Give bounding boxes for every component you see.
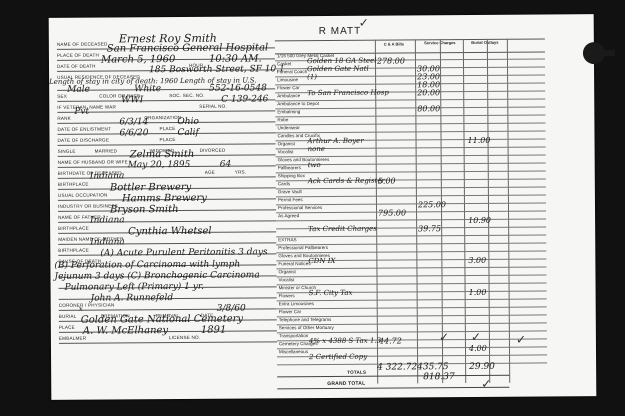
- header-name: R MATT: [319, 26, 362, 37]
- row-label: Flowers: [279, 293, 295, 298]
- value-usual-residence: 185 Bosworth Street, SF 10.1: [149, 64, 285, 75]
- label-date-of-death: Date of Death: [57, 64, 96, 69]
- value-hour: 10:30 AM.: [209, 53, 262, 64]
- label-license-no: License No.: [169, 335, 200, 340]
- row-label: Flower Car: [277, 85, 300, 90]
- label-yrs: Yrs.: [235, 170, 247, 175]
- label-rank: Rank: [57, 116, 71, 121]
- value-date-of-death: March 5, 1960: [101, 54, 175, 66]
- label-discharge-place: Place: [160, 137, 176, 142]
- column-header-ca-bills: C & A Bills: [379, 41, 409, 46]
- row-label: Pallbearers: [278, 165, 301, 170]
- amount-c-a: 795.00: [378, 208, 406, 217]
- value-mother-birthplace: Indiana: [90, 237, 125, 247]
- amount-service: 80.00: [417, 104, 440, 113]
- label-father-birthplace: Birthplace: [58, 226, 89, 231]
- label-totals: TOTALS: [347, 370, 366, 375]
- label-date-of-discharge: Date of Discharge: [58, 137, 110, 142]
- label-burial: Burial: [59, 314, 77, 319]
- label-spouse: Name of Husband or Wife: [58, 159, 128, 164]
- charges-table: C & A Bills Service Charges Burial Outla…: [275, 38, 545, 40]
- row-label: Professional Pallbearers: [278, 245, 328, 250]
- checkmark-icon: ✓: [439, 330, 449, 344]
- value-burial: x: [79, 305, 83, 313]
- row-label: Shipping Box: [278, 173, 305, 178]
- row-label: Transportation: [279, 333, 308, 338]
- label-place: Place: [59, 325, 75, 330]
- row-label: Robe: [277, 117, 288, 122]
- row-label: EXTRAS: [278, 237, 296, 242]
- row-label: Ambulance: [277, 93, 300, 98]
- row-label: Organist: [278, 141, 295, 146]
- row-label: Embalming: [277, 109, 300, 114]
- label-name-of-deceased: Name of Deceased: [57, 41, 108, 46]
- row-label: Vocalist: [278, 149, 294, 154]
- label-age: Age: [205, 170, 215, 175]
- row-label: As Agreed: [278, 213, 299, 218]
- value-cause-of-death-b: (B) Perforation of Carcinoma with lymph: [54, 260, 240, 271]
- total-ca-bills: 4 322.72: [377, 362, 417, 372]
- row-note: two: [308, 161, 321, 169]
- divider: [277, 387, 509, 390]
- divider: [59, 341, 277, 344]
- value-embalmer: A. W. McElhaney: [83, 325, 168, 337]
- index-tab: [583, 42, 605, 64]
- row-label: Services of Other Mortuary: [279, 325, 334, 330]
- amount-outlay: 3.00: [468, 256, 486, 265]
- row-label: Miscellaneous: [279, 349, 308, 354]
- value-sex: Male: [67, 85, 90, 95]
- grand-total-value: 818.37: [423, 372, 455, 382]
- value-soc-sec-no: 552-16-0548: [209, 83, 267, 93]
- value-physician: John A. Runnefeld: [91, 293, 174, 304]
- row-label: Extra Limousines: [279, 301, 314, 306]
- value-rank: Pvt: [74, 107, 89, 117]
- row-note: S.F. City Tax: [309, 289, 353, 297]
- value-date: 3/8/60: [217, 304, 246, 314]
- label-divorced: Divorced: [200, 148, 226, 153]
- value-usual-occupation: Bottler Brewery: [110, 182, 192, 194]
- row-label: Gloves and Boutonnieres: [278, 157, 330, 162]
- label-place-of-death: Place of Death: [57, 53, 99, 58]
- label-soc-sec-no: Soc. Sec. No.: [169, 93, 204, 98]
- row-label: Underwear: [277, 125, 300, 130]
- amount-outlay: 4.00: [469, 344, 487, 353]
- label-grand-total: GRAND TOTAL: [327, 381, 365, 387]
- amount-outlay: 11.00: [468, 136, 491, 145]
- value-cause-of-death-a: (A) Acute Purulent Peritonitis 3 days: [100, 247, 267, 258]
- checkmark-icon: ✓: [359, 16, 369, 30]
- value-date-of-discharge: 6/6/20: [119, 128, 148, 138]
- divider: [57, 132, 275, 135]
- label-date-of-enlistment: Date of Enlistment: [57, 126, 111, 131]
- row-note: (1): [307, 73, 317, 81]
- value-maiden-name-of-mother: Cynthia Whetsel: [128, 226, 212, 238]
- amount-service: 225.00: [418, 200, 446, 209]
- divider: [57, 121, 275, 124]
- label-sex: Sex: [57, 94, 67, 99]
- amount-c-a: 5.00: [378, 176, 396, 185]
- label-single: Single: [58, 149, 76, 154]
- row-label: Ambulance to Depot: [277, 101, 319, 106]
- left-form: Name of Deceased Ernest Roy Smith Place …: [49, 14, 594, 18]
- row-note: Golden Gate Natl: [307, 65, 369, 73]
- checkmark-icon: ✓: [471, 330, 481, 344]
- value-license-no: 1891: [201, 325, 227, 336]
- value-age: 64: [220, 160, 232, 170]
- value-birthplace: Indiana: [90, 171, 125, 181]
- row-note: Tax Credit Charges: [308, 225, 377, 233]
- amount-service: 20.00: [417, 88, 440, 97]
- row-label: Grave Vault: [278, 189, 302, 194]
- row-label: Professional Services: [278, 205, 322, 210]
- checkmark-icon: ✓: [481, 377, 491, 391]
- row-note: Arthur A. Boyer: [308, 137, 364, 145]
- value-birthdate: May 20, 1895: [128, 160, 191, 170]
- amount-c-a: 278.00: [377, 56, 405, 65]
- value-color-or-race: White: [134, 84, 161, 94]
- amount-service: 39.75: [418, 224, 441, 233]
- total-burial-outlays: 29.90: [469, 362, 495, 372]
- row-label: Funeral Coach: [277, 69, 307, 74]
- mortuary-record-card: Name of Deceased Ernest Roy Smith Place …: [49, 14, 597, 400]
- amount-c-a: 44.72: [379, 336, 402, 345]
- row-note: 4% x 4388 S Tax 1.3: [309, 337, 381, 346]
- row-note: CDN IX: [308, 257, 335, 265]
- row-label: Telephone and Telegrams: [279, 317, 332, 322]
- amount-outlay: 1.00: [469, 288, 487, 297]
- row-note: 2 Certified Copy: [309, 353, 367, 361]
- label-organization: Organization: [144, 115, 181, 120]
- value-serial-no: C 139-246: [221, 94, 268, 104]
- value-enlistment-place: Ohio: [177, 117, 199, 127]
- label-enlistment-place: Place: [159, 126, 175, 131]
- amount-outlay: 10.90: [468, 216, 491, 225]
- total-service-charges: 435.75: [417, 362, 449, 372]
- row-note: Ack Cards & Register: [308, 177, 385, 186]
- value-cause-of-death-c: Jejunum 3 days (C) Bronchogenic Carcinom…: [54, 270, 259, 281]
- value-date-of-enlistment: 6/3/14: [119, 117, 148, 127]
- row-label: Permit Fees: [278, 197, 303, 202]
- divider: [57, 110, 275, 113]
- row-note: none: [308, 145, 325, 153]
- column-header-burial-outlays: Burial Outlays: [465, 40, 505, 45]
- checkmark-icon: ✓: [516, 333, 526, 347]
- row-label: Vocalist: [278, 277, 294, 282]
- value-discharge-place: Calif: [177, 128, 198, 138]
- label-usual-occupation: Usual Occupation: [58, 193, 108, 198]
- value-father-birthplace: Indiana: [90, 215, 125, 225]
- value-industry: Hamms Brewery: [122, 193, 207, 205]
- row-label: Organist: [278, 269, 295, 274]
- label-mother-birthplace: Birthplace: [58, 248, 89, 253]
- row-label: Flower Car: [279, 309, 302, 314]
- row-label: Cards: [278, 181, 290, 186]
- divider: [58, 143, 276, 146]
- row-label: Limousine: [277, 77, 298, 82]
- row-note: To San Francisco Hosp: [307, 89, 389, 98]
- value-spouse: Zelma Smith: [130, 149, 195, 160]
- value-name-of-father: Bryson Smith: [110, 204, 179, 215]
- label-married: Married: [95, 148, 118, 153]
- value-veteran-war: WWI: [121, 95, 143, 105]
- value-cause-of-death-d: Pulmonary Left (Primary) 1 yr.: [65, 282, 205, 293]
- divider: [277, 375, 509, 378]
- label-birthplace: Birthplace: [58, 182, 89, 187]
- row-label: Casket: [277, 61, 291, 66]
- row-label: Funeral Notices: [278, 261, 310, 266]
